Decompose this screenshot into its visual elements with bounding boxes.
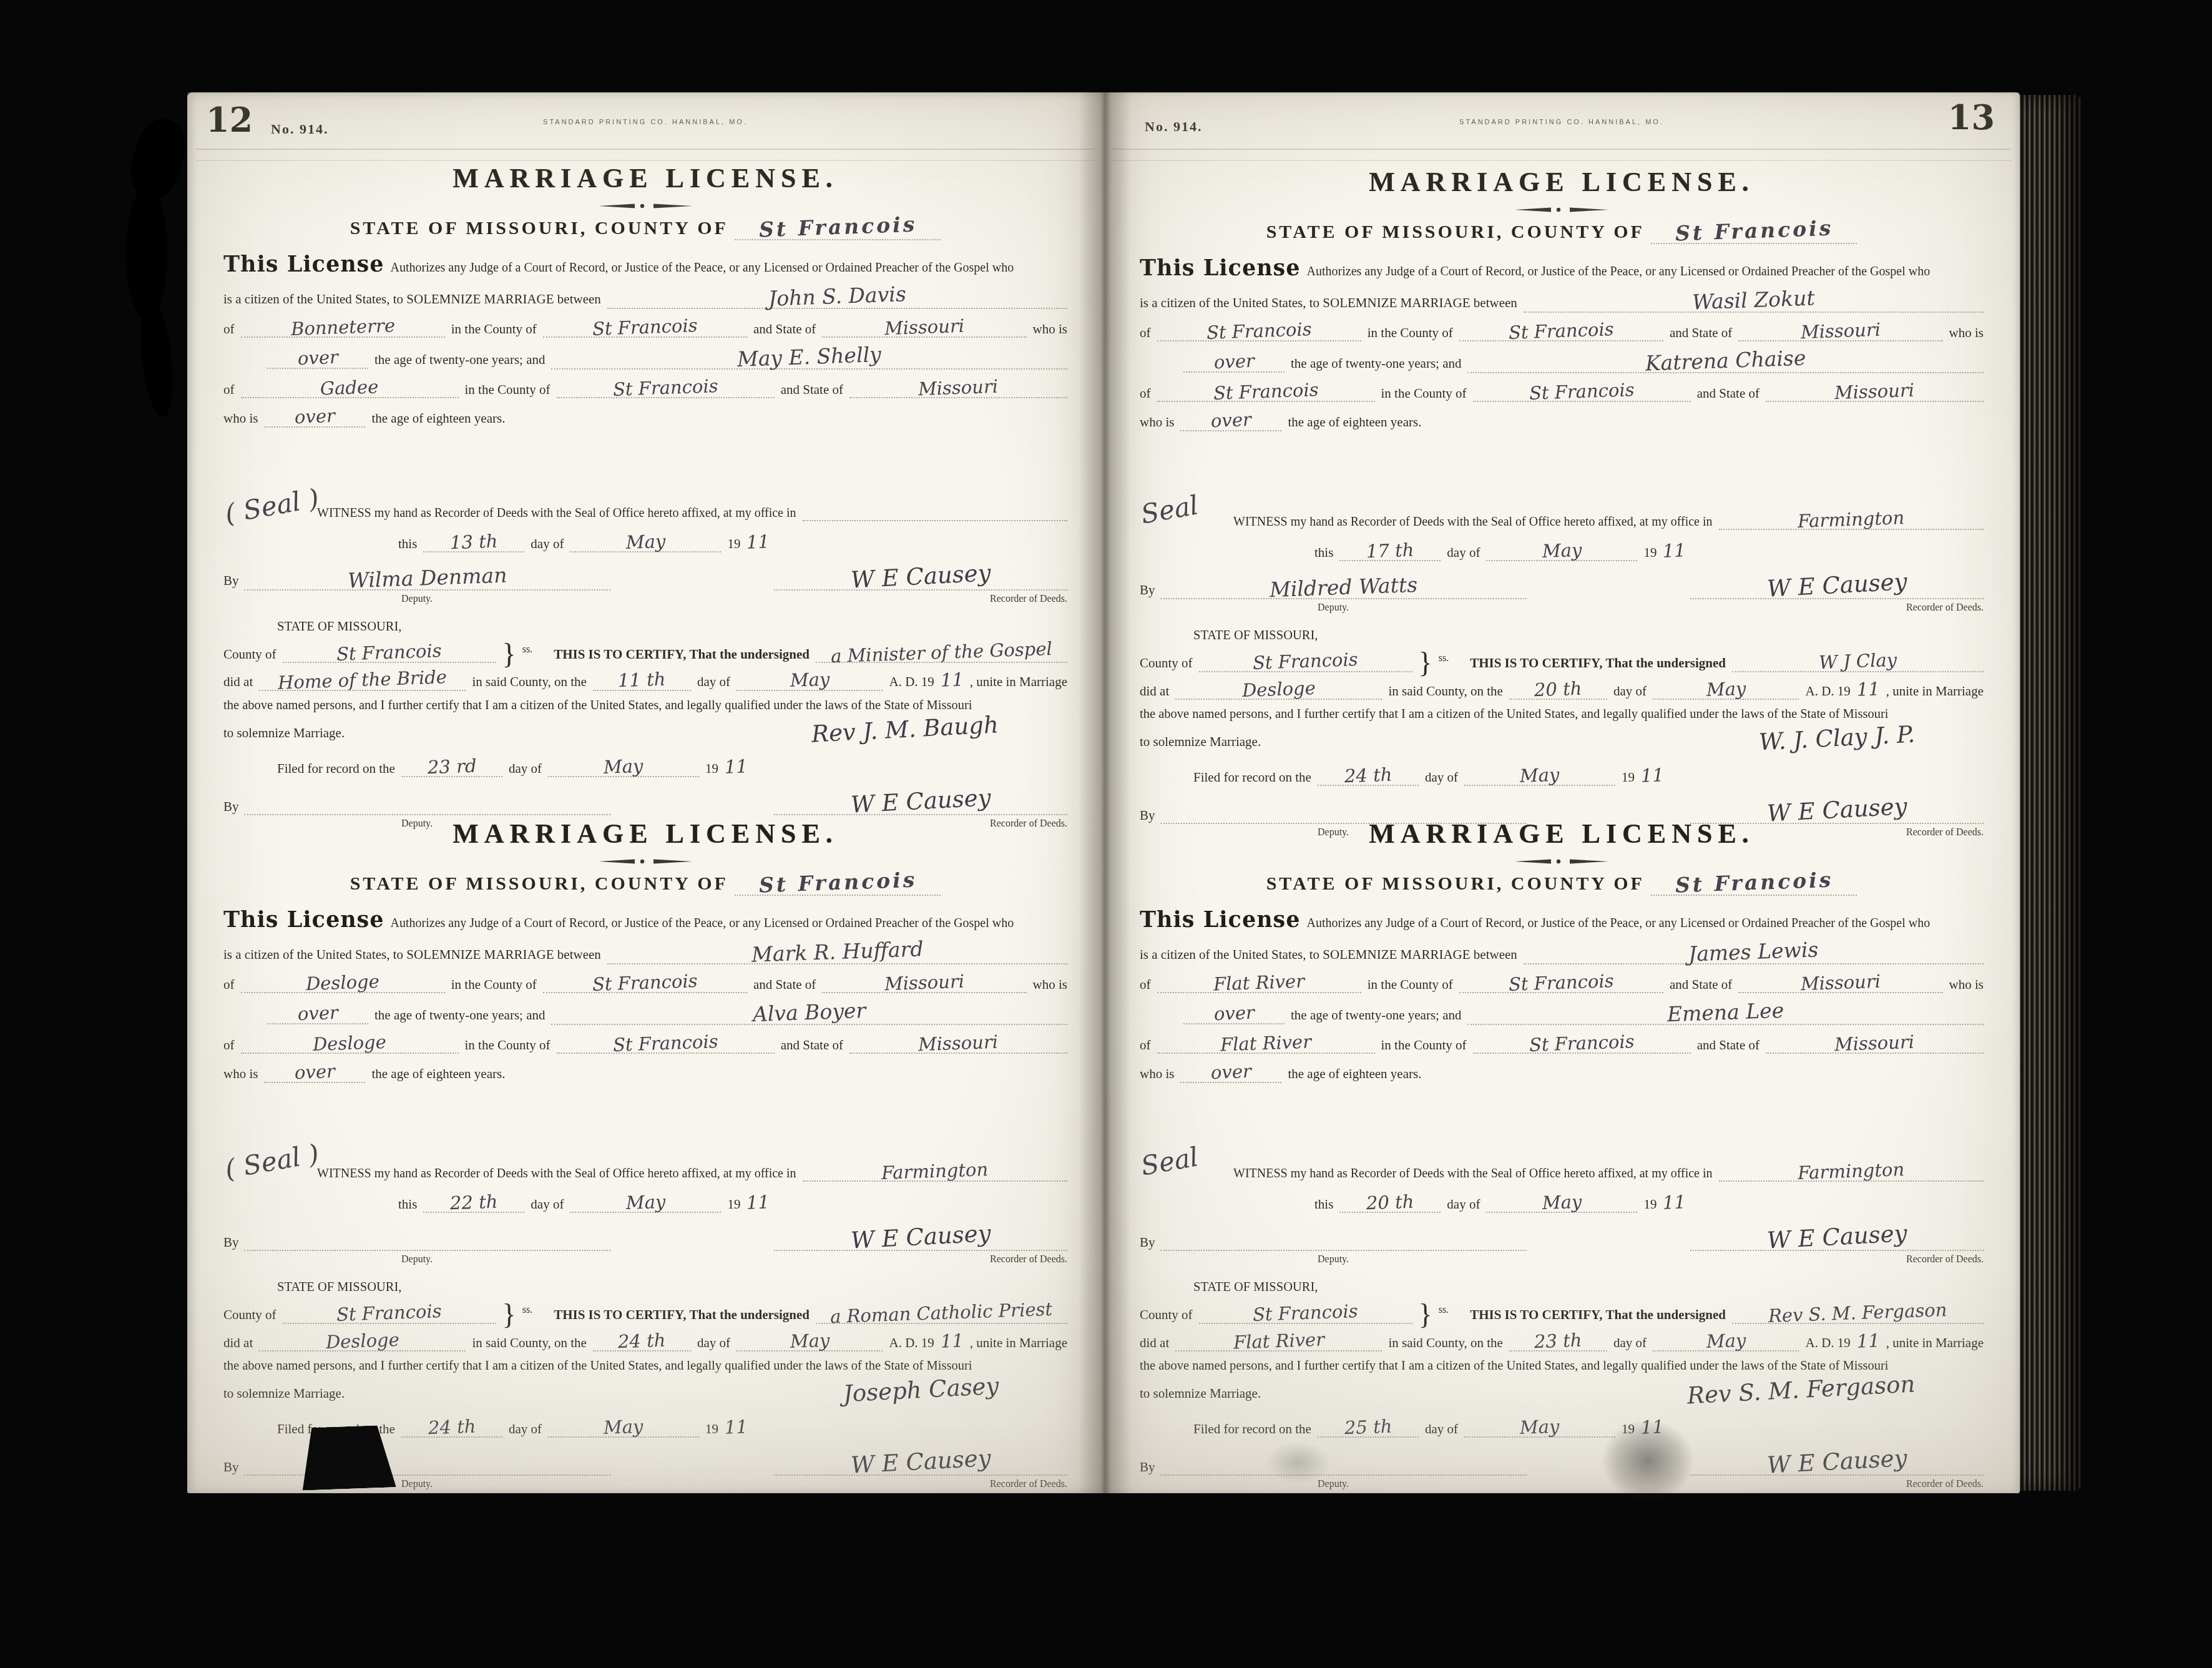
ornament-arrows-icon xyxy=(1515,205,1608,214)
bride-residence-field: St Francois xyxy=(1157,382,1375,402)
printed-text: day of xyxy=(1447,545,1480,561)
marriage-date-line: did at Home of the Bride in said County,… xyxy=(223,670,1067,690)
filed-year-handwriting: 11 xyxy=(725,1417,748,1437)
certify-citizen-line: the above named persons, and I further c… xyxy=(223,1359,1067,1373)
groom-name-field: James Lewis xyxy=(1524,941,1984,964)
deputy-handwriting: Mildred Watts xyxy=(1269,574,1417,601)
filed-deputy-column: By Deputy. xyxy=(1140,1459,1527,1490)
header-rule xyxy=(196,149,1095,150)
filed-recorder-column: W E Causey Recorder of Deeds. xyxy=(1690,1450,1984,1490)
undersigned-field: a Roman Catholic Priest xyxy=(816,1303,1067,1323)
witness-month-field: May xyxy=(1486,1193,1637,1213)
married-at-handwriting: Desloge xyxy=(1241,679,1316,700)
groom-name-handwriting: John S. Davis xyxy=(768,283,906,310)
groom-age-line: over the age of twenty-one years; and Al… xyxy=(267,1002,1067,1025)
filed-day-field: 24 th xyxy=(1318,766,1419,786)
married-day-field: 20 th xyxy=(1509,680,1607,700)
married-day-handwriting: 20 th xyxy=(1534,679,1582,699)
filed-recorder-signature-field: W E Causey xyxy=(774,790,1067,815)
printed-text: who is xyxy=(1140,415,1174,430)
printed-text: WITNESS my hand as Recorder of Deeds wit… xyxy=(1233,515,1713,529)
married-month-field: May xyxy=(737,1332,883,1352)
groom-county-field: St Francois xyxy=(1459,321,1663,341)
printer-imprint: STANDARD PRINTING CO. HANNIBAL, MO. xyxy=(1104,119,2020,126)
page-number: 13 xyxy=(1948,97,1995,137)
printed-text: A. D. 19 xyxy=(1805,1335,1850,1351)
groom-residence-handwriting: Bonneterre xyxy=(290,316,395,338)
printed-text: and State of xyxy=(753,977,816,993)
printed-text: who is xyxy=(1949,977,1984,993)
printed-text: Authorizes any Judge of a Court of Recor… xyxy=(391,916,1014,931)
officiant-signature-field: Rev S. M. Fergason xyxy=(1687,1378,1915,1403)
bride-name-handwriting: Alva Boyer xyxy=(753,1000,866,1026)
witness-year-handwriting: 11 xyxy=(1663,541,1686,561)
printed-text: day of xyxy=(509,1421,542,1437)
printed-text: By xyxy=(223,1235,239,1250)
married-at-field: Home of the Bride xyxy=(259,670,466,690)
certify-citizen-line: the above named persons, and I further c… xyxy=(223,699,1067,713)
groom-age-line: over the age of twenty-one years; and Ka… xyxy=(1183,350,1984,373)
by-line: By Wilma Denman xyxy=(223,567,610,591)
printed-text: is a citizen of the United States, to SO… xyxy=(223,947,601,963)
groom-age-handwriting: over xyxy=(297,1003,338,1024)
certification-block: STATE OF MISSOURI, County of St Francois… xyxy=(1140,629,1984,751)
groom-residence-line: of Bonneterre in the County of St Franco… xyxy=(223,318,1067,338)
bride-state-field: Missouri xyxy=(849,1034,1067,1054)
married-year-handwriting: 11 xyxy=(940,1331,964,1351)
printed-text: County of xyxy=(223,647,276,662)
groom-residence-field: Flat River xyxy=(1157,973,1361,993)
filed-for-record-line: Filed for record on the 23 rd day of May… xyxy=(277,757,814,777)
divider-ornament xyxy=(223,857,1067,867)
this-license-lead: This License xyxy=(1140,255,1301,281)
bride-county-field: St Francois xyxy=(557,1034,775,1054)
groom-residence-handwriting: Desloge xyxy=(306,972,380,994)
printed-text: day of xyxy=(697,1335,730,1351)
bride-county-handwriting: St Francois xyxy=(612,376,718,399)
printed-text: in said County, on the xyxy=(472,674,587,690)
groom-county-handwriting: St Francois xyxy=(1509,320,1615,342)
filed-deputy-column: By Deputy. xyxy=(223,1459,610,1490)
printed-text: THIS IS TO CERTIFY, That the undersigned xyxy=(554,1307,810,1323)
deputy-signature-row: By Deputy. W E Causey Recorder of Deeds. xyxy=(223,1225,1067,1265)
bride-residence-line: of St Francois in the County of St Franc… xyxy=(1140,382,1984,402)
printed-text: of xyxy=(223,382,235,398)
married-at-handwriting: Desloge xyxy=(325,1330,399,1352)
certification-block: STATE OF MISSOURI, County of St Francois… xyxy=(1140,1280,1984,1403)
by-line: By xyxy=(223,1235,610,1251)
witness-block: ( Seal ) WITNESS my hand as Recorder of … xyxy=(223,506,1067,605)
witness-year-handwriting: 11 xyxy=(1663,1192,1686,1212)
recorder-label: Recorder of Deeds. xyxy=(1690,602,1984,614)
license-title: MARRIAGE LICENSE. xyxy=(1140,166,1984,198)
bride-age-line: who is over the age of eighteen years. xyxy=(223,407,1067,427)
printed-text: the age of twenty-one years; and xyxy=(374,1008,545,1023)
certify-county-field: St Francois xyxy=(283,643,496,663)
married-day-handwriting: 23 th xyxy=(1534,1330,1582,1351)
filed-month-handwriting: May xyxy=(1520,765,1560,786)
deputy-signature-row: By Wilma Denman Deputy. W E Causey Recor… xyxy=(223,565,1067,605)
marriage-date-line: did at Desloge in said County, on the 24… xyxy=(223,1332,1067,1352)
printed-text: WITNESS my hand as Recorder of Deeds wit… xyxy=(1233,1167,1713,1181)
filed-deputy-field xyxy=(244,1463,610,1476)
state-county-line: STATE OF MISSOURI, COUNTY OF St Francois xyxy=(223,217,1067,240)
printed-text: day of xyxy=(697,674,730,690)
printed-text: is a citizen of the United States, to SO… xyxy=(1140,947,1517,963)
printed-text: this xyxy=(398,536,417,552)
groom-age-field: over xyxy=(1183,1004,1285,1024)
recorder-signature-field: W E Causey xyxy=(774,1225,1067,1251)
undersigned-handwriting: Rev S. M. Fergason xyxy=(1768,1300,1947,1325)
printed-text: Authorizes any Judge of a Court of Recor… xyxy=(391,261,1014,275)
license-title: MARRIAGE LICENSE. xyxy=(223,162,1067,194)
certify-county-handwriting: St Francois xyxy=(1253,650,1359,672)
bride-age-handwriting: over xyxy=(1210,1062,1251,1082)
married-month-handwriting: May xyxy=(790,1331,829,1352)
filed-month-field: May xyxy=(1464,1418,1615,1438)
bride-age-handwriting: over xyxy=(294,1062,335,1082)
bride-residence-handwriting: Desloge xyxy=(313,1033,387,1054)
license-title: MARRIAGE LICENSE. xyxy=(1140,818,1984,850)
filed-day-field: 24 th xyxy=(401,1418,502,1438)
printed-text: who is xyxy=(1033,321,1067,337)
deputy-field xyxy=(1160,1239,1527,1251)
printed-text: By xyxy=(223,799,239,815)
bride-name-handwriting: Katrena Chaise xyxy=(1645,348,1806,375)
county-field: St Francois xyxy=(1651,872,1857,896)
by-line: By Mildred Watts xyxy=(1140,577,1527,600)
groom-age-field: over xyxy=(1183,352,1285,372)
printed-text: 19 xyxy=(727,536,740,552)
printed-text: 19 xyxy=(705,761,718,777)
undersigned-field: Rev S. M. Fergason xyxy=(1732,1303,1984,1323)
certify-county-field: St Francois xyxy=(283,1303,496,1323)
witness-date-line: this 22 th day of May 19 11 xyxy=(398,1193,848,1213)
certify-county-handwriting: St Francois xyxy=(336,1302,443,1324)
marriage-date-line: did at Flat River in said County, on the… xyxy=(1140,1332,1984,1352)
printed-text: Filed for record on the xyxy=(277,761,395,777)
groom-age-field: over xyxy=(267,1004,368,1024)
marriage-date-line: did at Desloge in said County, on the 20… xyxy=(1140,680,1984,700)
marriage-license-form: MARRIAGE LICENSE. STATE OF MISSOURI, COU… xyxy=(1140,166,1984,838)
married-month-handwriting: May xyxy=(1706,679,1746,700)
marriage-license-form: MARRIAGE LICENSE. STATE OF MISSOURI, COU… xyxy=(1140,818,1984,1490)
officiant-signature-handwriting: Rev J. M. Baugh xyxy=(811,713,999,747)
deputy-column: By Mildred Watts Deputy. xyxy=(1140,577,1527,614)
printed-text: 19 xyxy=(1622,770,1635,785)
bride-name-field: Emena Lee xyxy=(1467,1002,1984,1025)
recorder-column: W E Causey Recorder of Deeds. xyxy=(774,565,1067,605)
witness-line: WITNESS my hand as Recorder of Deeds wit… xyxy=(1233,510,1984,530)
divider-ornament xyxy=(223,202,1067,212)
ss-label: ss. xyxy=(522,1305,532,1316)
seal-handwriting: Seal xyxy=(1139,1143,1200,1180)
printed-text: the age of twenty-one years; and xyxy=(1291,1008,1461,1023)
printed-text: this xyxy=(1314,545,1333,561)
ss-label: ss. xyxy=(1439,653,1449,664)
page-13-header: No. 914. 13 STANDARD PRINTING CO. HANNIB… xyxy=(1104,92,2020,166)
solemnize-line: is a citizen of the United States, to SO… xyxy=(1140,290,1984,313)
printed-text: THIS IS TO CERTIFY, That the undersigned xyxy=(1470,655,1726,671)
recorder-column: W E Causey Recorder of Deeds. xyxy=(1690,574,1984,614)
recorder-label: Recorder of Deeds. xyxy=(774,594,1067,605)
license-record-2: MARRIAGE LICENSE. STATE OF MISSOURI, COU… xyxy=(223,818,1067,1490)
married-month-handwriting: May xyxy=(790,670,829,690)
office-location-field xyxy=(803,509,1067,521)
printed-text: , unite in Marriage xyxy=(970,674,1067,690)
bride-age-field: over xyxy=(1180,1062,1281,1082)
license-title: MARRIAGE LICENSE. xyxy=(223,818,1067,850)
officiant-signature-field: Joseph Casey xyxy=(843,1378,999,1403)
printed-text: and State of xyxy=(1697,1038,1759,1053)
printed-text: By xyxy=(1140,1235,1155,1250)
seal-handwriting: Seal xyxy=(1139,491,1200,528)
groom-name-handwriting: James Lewis xyxy=(1688,939,1819,965)
page-12: 12 No. 914. STANDARD PRINTING CO. HANNIB… xyxy=(187,92,1104,1493)
groom-county-field: St Francois xyxy=(1459,973,1663,993)
printed-text: County of xyxy=(1140,1307,1193,1323)
printed-text: in the County of xyxy=(1368,977,1453,993)
groom-state-field: Missouri xyxy=(1738,973,1942,993)
married-at-field: Desloge xyxy=(1175,680,1382,700)
certify-county-handwriting: St Francois xyxy=(336,641,443,664)
printed-text: Authorizes any Judge of a Court of Recor… xyxy=(1307,916,1931,931)
printed-text: Filed for record on the xyxy=(1193,770,1311,785)
certify-county-line: County of St Francois } ss. THIS IS TO C… xyxy=(223,1302,1067,1323)
printed-text: did at xyxy=(1140,1335,1169,1351)
groom-age-handwriting: over xyxy=(297,348,338,368)
printed-text: in the County of xyxy=(465,1038,551,1053)
authorization-line: This License Authorizes any Judge of a C… xyxy=(223,252,1067,277)
license-record-1: MARRIAGE LICENSE. STATE OF MISSOURI, COU… xyxy=(223,162,1067,830)
ornament-arrows-icon xyxy=(599,202,692,210)
witness-line: WITNESS my hand as Recorder of Deeds wit… xyxy=(317,506,1067,521)
printed-text: By xyxy=(223,1459,239,1475)
undersigned-handwriting: a Roman Catholic Priest xyxy=(830,1300,1053,1327)
certify-county-line: County of St Francois } ss. THIS IS TO C… xyxy=(1140,1302,1984,1323)
certify-county-field: St Francois xyxy=(1199,652,1412,672)
printed-text: of xyxy=(223,1038,235,1053)
state-of-missouri-label: STATE OF MISSOURI, xyxy=(1193,1280,1984,1295)
filed-day-field: 23 rd xyxy=(401,757,502,777)
certify-county-line: County of St Francois } ss. THIS IS TO C… xyxy=(223,642,1067,663)
printed-text: County of xyxy=(223,1307,276,1323)
witness-month-handwriting: May xyxy=(1542,1192,1582,1213)
undersigned-handwriting: W J Clay xyxy=(1819,650,1897,672)
filed-month-handwriting: May xyxy=(604,756,644,777)
bride-state-handwriting: Missouri xyxy=(1834,1032,1915,1054)
printed-text: who is xyxy=(1033,977,1067,993)
groom-state-handwriting: Missouri xyxy=(884,971,964,993)
certify-citizen-line: the above named persons, and I further c… xyxy=(1140,707,1984,722)
groom-residence-line: of Desloge in the County of St Francois … xyxy=(223,973,1067,993)
deputy-label: Deputy. xyxy=(1140,1479,1527,1490)
bride-name-field: May E. Shelly xyxy=(551,346,1067,370)
bride-age-field: over xyxy=(264,407,365,427)
printed-text: did at xyxy=(223,1335,253,1351)
office-location-field: Farmington xyxy=(803,1162,1067,1182)
filed-recorder-signature-field: W E Causey xyxy=(774,1450,1067,1476)
undersigned-handwriting: a Minister of the Gospel xyxy=(831,639,1053,666)
bride-age-handwriting: over xyxy=(1210,410,1251,431)
printed-text: A. D. 19 xyxy=(889,674,934,690)
deputy-field: Wilma Denman xyxy=(244,567,610,591)
witness-day-field: 20 th xyxy=(1339,1193,1441,1213)
filed-recorder-signature-handwriting: W E Causey xyxy=(850,786,991,818)
groom-county-handwriting: St Francois xyxy=(592,971,698,994)
state-county-heading: STATE OF MISSOURI, COUNTY OF xyxy=(350,218,728,238)
bride-age-field: over xyxy=(1180,411,1281,431)
filed-month-field: May xyxy=(548,757,699,777)
printed-text: the age of eighteen years. xyxy=(1288,1066,1421,1082)
printed-text: in said County, on the xyxy=(472,1335,587,1351)
groom-age-line: over the age of twenty-one years; and Ma… xyxy=(267,346,1067,370)
groom-residence-line: of St Francois in the County of St Franc… xyxy=(1140,321,1984,341)
printed-text: , unite in Marriage xyxy=(1886,1335,1984,1351)
printed-text: in the County of xyxy=(451,977,537,993)
office-location-handwriting: Farmington xyxy=(1798,508,1905,531)
witness-day-handwriting: 20 th xyxy=(1366,1192,1414,1213)
printed-text: day of xyxy=(509,761,542,777)
recorder-label: Recorder of Deeds. xyxy=(1690,1479,1984,1490)
county-handwriting: St Francois xyxy=(1675,218,1833,245)
bride-state-field: Missouri xyxy=(1766,1034,1984,1054)
state-county-heading: STATE OF MISSOURI, COUNTY OF xyxy=(1266,222,1644,242)
witness-block: ( Seal ) WITNESS my hand as Recorder of … xyxy=(223,1162,1067,1266)
witness-year-handwriting: 11 xyxy=(746,1192,770,1212)
recorder-signature-handwriting: W E Causey xyxy=(850,561,991,593)
license-record-3: MARRIAGE LICENSE. STATE OF MISSOURI, COU… xyxy=(1140,166,1984,838)
married-year-handwriting: 11 xyxy=(1856,1331,1880,1351)
printed-text: the age of eighteen years. xyxy=(371,1066,505,1082)
groom-residence-field: Desloge xyxy=(241,973,445,993)
printed-text: in said County, on the xyxy=(1388,684,1503,699)
bride-county-handwriting: St Francois xyxy=(1529,380,1635,403)
state-county-heading: STATE OF MISSOURI, COUNTY OF xyxy=(350,873,728,894)
printed-text: is a citizen of the United States, to SO… xyxy=(1140,295,1517,311)
groom-name-field: John S. Davis xyxy=(607,286,1067,309)
scanned-book-spread: 12 No. 914. STANDARD PRINTING CO. HANNIB… xyxy=(157,92,2082,1493)
printed-text: County of xyxy=(1140,655,1193,671)
filed-day-handwriting: 25 th xyxy=(1344,1417,1392,1438)
office-location-field: Farmington xyxy=(1719,510,1984,530)
bride-residence-handwriting: Flat River xyxy=(1220,1032,1311,1054)
printed-text: in the County of xyxy=(451,321,537,337)
torn-edge-blot xyxy=(136,297,177,418)
officiant-signature-field: Rev J. M. Baugh xyxy=(811,718,999,742)
state-county-line: STATE OF MISSOURI, COUNTY OF St Francois xyxy=(1140,872,1984,896)
groom-state-handwriting: Missouri xyxy=(1800,971,1881,993)
seal-handwriting: ( Seal ) xyxy=(223,484,321,528)
printed-text: , unite in Marriage xyxy=(970,1335,1067,1351)
filed-for-record-line: Filed for record on the 25 th day of May… xyxy=(1193,1418,1730,1438)
state-county-line: STATE OF MISSOURI, COUNTY OF St Francois xyxy=(1140,220,1984,244)
recorder-signature-handwriting: W E Causey xyxy=(850,1222,991,1254)
deputy-label: Deputy. xyxy=(1140,1254,1527,1265)
license-record-4: MARRIAGE LICENSE. STATE OF MISSOURI, COU… xyxy=(1140,818,1984,1490)
recorder-signature-handwriting: W E Causey xyxy=(1766,1222,1907,1254)
witness-month-handwriting: May xyxy=(1542,541,1582,561)
printed-text: of xyxy=(1140,977,1151,993)
married-at-field: Flat River xyxy=(1175,1332,1382,1352)
bride-residence-line: of Desloge in the County of St Francois … xyxy=(223,1034,1067,1054)
state-of-missouri-label: STATE OF MISSOURI, xyxy=(277,620,1067,634)
married-day-field: 23 th xyxy=(1509,1332,1607,1352)
printed-text: this xyxy=(1314,1197,1333,1212)
state-of-missouri-label: STATE OF MISSOURI, xyxy=(1193,629,1984,643)
recorder-column: W E Causey Recorder of Deeds. xyxy=(1690,1225,1984,1265)
bride-name-handwriting: May E. Shelly xyxy=(737,344,882,371)
printed-text: in the County of xyxy=(1381,1038,1467,1053)
witness-day-handwriting: 22 th xyxy=(450,1192,498,1213)
printed-text: A. D. 19 xyxy=(1805,684,1850,699)
county-field: St Francois xyxy=(735,872,941,896)
bride-residence-handwriting: Gadee xyxy=(320,377,379,398)
bride-county-field: St Francois xyxy=(1473,1034,1691,1054)
filed-day-handwriting: 23 rd xyxy=(427,756,477,777)
ss-label: ss. xyxy=(522,644,532,655)
printed-text: of xyxy=(1140,386,1151,401)
groom-state-field: Missouri xyxy=(822,318,1026,338)
printed-text: who is xyxy=(223,411,258,426)
printed-text: , unite in Marriage xyxy=(1886,684,1984,699)
printed-text: did at xyxy=(1140,684,1169,699)
printed-text: of xyxy=(1140,1038,1151,1053)
witness-date-line: this 20 th day of May 19 11 xyxy=(1314,1193,1764,1213)
printed-text: this xyxy=(398,1197,417,1212)
printed-text: Filed for record on the xyxy=(1193,1421,1311,1437)
officiant-signature-handwriting: W. J. Clay J. P. xyxy=(1758,723,1916,755)
page-13: No. 914. 13 STANDARD PRINTING CO. HANNIB… xyxy=(1104,92,2020,1493)
printed-text: WITNESS my hand as Recorder of Deeds wit… xyxy=(317,1167,796,1181)
witness-line: WITNESS my hand as Recorder of Deeds wit… xyxy=(317,1162,1067,1182)
certify-county-field: St Francois xyxy=(1199,1303,1412,1323)
bride-county-handwriting: St Francois xyxy=(1529,1032,1635,1054)
filed-month-handwriting: May xyxy=(604,1417,644,1438)
groom-age-handwriting: over xyxy=(1213,1003,1255,1024)
state-of-missouri-label: STATE OF MISSOURI, xyxy=(277,1280,1067,1295)
recorder-label: Recorder of Deeds. xyxy=(1690,1254,1984,1265)
printed-text: 19 xyxy=(705,1421,718,1437)
married-at-field: Desloge xyxy=(259,1332,466,1352)
bride-residence-field: Desloge xyxy=(241,1034,459,1054)
ss-label: ss. xyxy=(1439,1305,1449,1316)
witness-block: Seal WITNESS my hand as Recorder of Deed… xyxy=(1140,1162,1984,1266)
this-license-lead: This License xyxy=(223,907,384,933)
bride-name-handwriting: Emena Lee xyxy=(1667,1000,1784,1026)
officiant-signature-handwriting: Joseph Casey xyxy=(843,1375,999,1407)
groom-state-field: Missouri xyxy=(1738,321,1942,341)
married-year-handwriting: 11 xyxy=(940,670,964,690)
married-month-field: May xyxy=(1653,680,1799,700)
county-handwriting: St Francois xyxy=(1675,870,1833,896)
witness-day-field: 13 th xyxy=(423,532,524,552)
deputy-label: Deputy. xyxy=(223,1479,610,1490)
filed-month-field: May xyxy=(548,1418,699,1438)
groom-residence-line: of Flat River in the County of St Franco… xyxy=(1140,973,1984,993)
printed-text: and State of xyxy=(1697,386,1759,401)
bride-age-line: who is over the age of eighteen years. xyxy=(1140,411,1984,431)
header-rule xyxy=(1112,160,2011,161)
printed-text: of xyxy=(223,321,235,337)
solemnize-line: is a citizen of the United States, to SO… xyxy=(223,941,1067,964)
this-license-lead: This License xyxy=(1140,907,1301,933)
printed-text: THIS IS TO CERTIFY, That the undersigned xyxy=(554,647,810,662)
groom-age-line: over the age of twenty-one years; and Em… xyxy=(1183,1002,1984,1025)
witness-day-field: 22 th xyxy=(423,1193,524,1213)
filed-year-handwriting: 11 xyxy=(1641,765,1665,785)
printed-text: A. D. 19 xyxy=(889,1335,934,1351)
